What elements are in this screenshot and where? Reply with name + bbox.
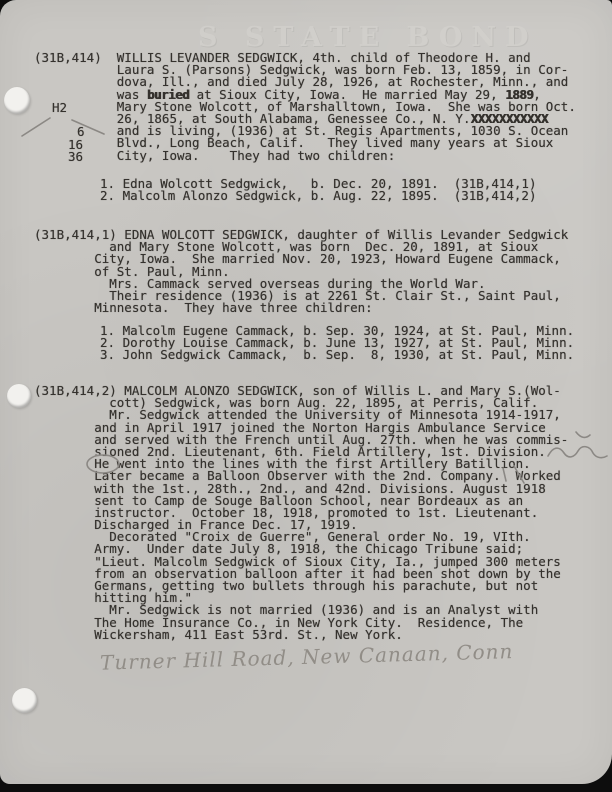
punch-hole-top [4,87,30,114]
genealogy-entry-willis-sedgwick: (31B,414) WILLIS LEVANDER SEDGWICK, 4th.… [34,52,576,162]
typed-line: 2. Malcolm Alonzo Sedgwick, b. Aug. 22, … [100,190,537,202]
punch-hole-bottom [12,688,37,713]
children-list-willis: 1. Edna Wolcott Sedgwick, b. Dec. 20, 18… [100,178,537,202]
paper-watermark: S STATE BOND [198,22,538,53]
pencil-squiggle-commis [576,432,590,437]
typed-line: City, Iowa. They had two children: [34,150,576,162]
typed-line: 3. John Sedgwick Cammack, b. Sep. 8, 193… [100,349,574,361]
handwritten-address-note: Turner Hill Road, New Canaan, Conn [100,637,580,674]
punch-hole-middle [7,384,31,408]
genealogy-entry-edna-sedgwick: (31B,414,1) EDNA WOLCOTT SEDGWICK, daugh… [34,229,568,314]
typed-line: Minnesota. They have three children: [34,302,568,314]
children-list-edna: 1. Malcolm Eugene Cammack, b. Sep. 30, 1… [100,325,574,362]
scanned-document: S STATE BOND H2 6 16 36 (31B,414) WILLIS… [0,0,612,792]
genealogy-entry-malcolm-sedgwick: (31B,414,2) MALCOLM ALONZO SEDGWICK, son… [34,385,568,641]
paper-sheet: S STATE BOND H2 6 16 36 (31B,414) WILLIS… [0,0,612,784]
